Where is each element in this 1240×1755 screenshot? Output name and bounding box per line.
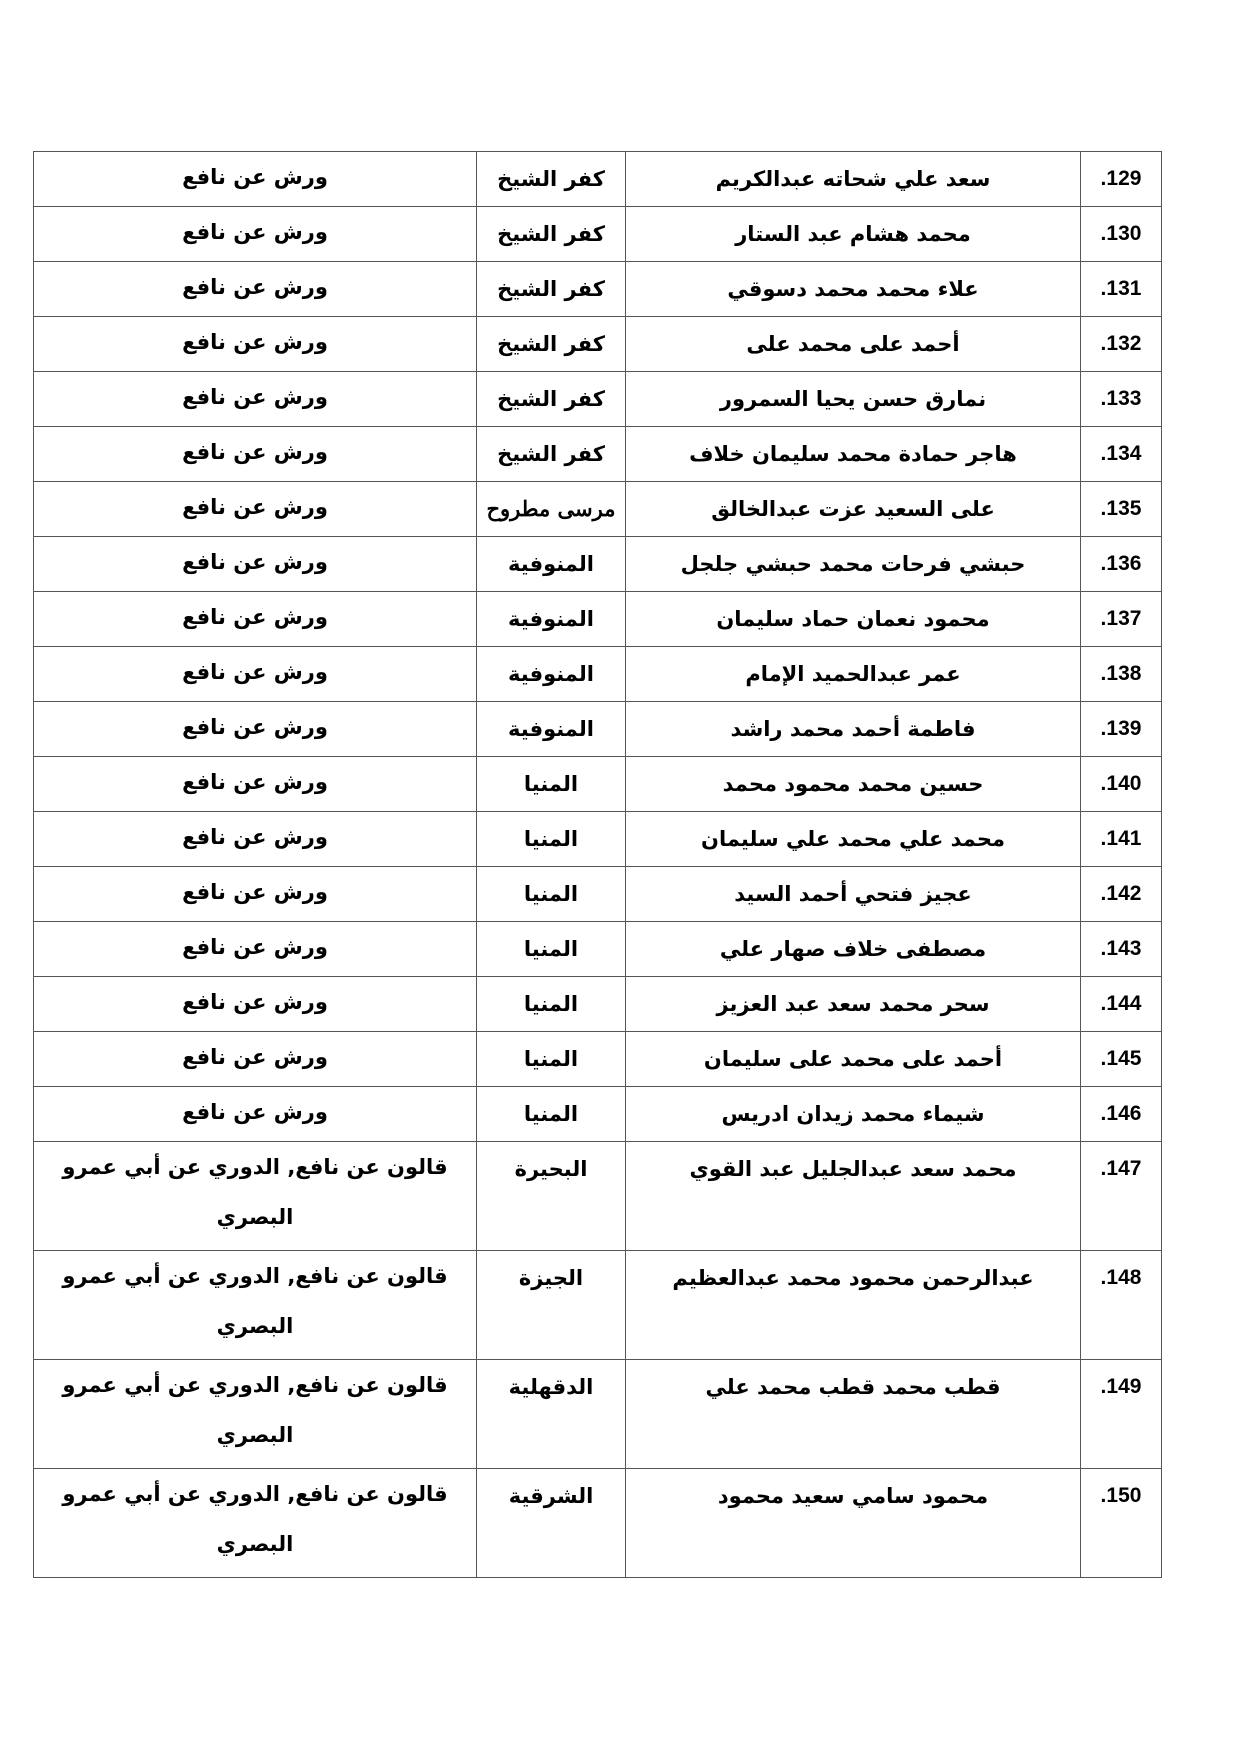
recitation-line: البصري (34, 1192, 476, 1242)
row-number-cell: 149. (1081, 1360, 1162, 1469)
recitation-line: ورش عن نافع (34, 482, 476, 532)
name-cell: شيماء محمد زيدان ادريس (626, 1087, 1081, 1142)
table-row: قالون عن نافع, الدوري عن أبي عمروالبصريا… (34, 1360, 1162, 1469)
recitation-cell: ورش عن نافع (34, 1087, 477, 1142)
governorate-cell: كفر الشيخ (477, 317, 626, 372)
table-row: ورش عن نافعكفر الشيخأحمد على محمد على132… (34, 317, 1162, 372)
row-number-cell: 130. (1081, 207, 1162, 262)
name-cell: محمد سعد عبدالجليل عبد القوي (626, 1142, 1081, 1251)
governorate-cell: المنيا (477, 977, 626, 1032)
name-cell: نمارق حسن يحيا السمرور (626, 372, 1081, 427)
governorate-cell: الشرقية (477, 1469, 626, 1578)
recitation-line: البصري (34, 1519, 476, 1569)
table-row: ورش عن نافعكفر الشيخسعد علي شحاته عبدالك… (34, 152, 1162, 207)
recitation-line: ورش عن نافع (34, 1032, 476, 1082)
recitation-line: ورش عن نافع (34, 427, 476, 477)
table-row: ورش عن نافعالمنياعجيز فتحي أحمد السيد142… (34, 867, 1162, 922)
participants-table: ورش عن نافعكفر الشيخسعد علي شحاته عبدالك… (33, 151, 1162, 1578)
recitation-cell: قالون عن نافع, الدوري عن أبي عمروالبصري (34, 1360, 477, 1469)
recitation-line: ورش عن نافع (34, 592, 476, 642)
row-number-cell: 139. (1081, 702, 1162, 757)
participants-table-body: ورش عن نافعكفر الشيخسعد علي شحاته عبدالك… (34, 152, 1162, 1578)
row-number-cell: 140. (1081, 757, 1162, 812)
governorate-cell: كفر الشيخ (477, 207, 626, 262)
name-cell: محمود نعمان حماد سليمان (626, 592, 1081, 647)
governorate-cell: مرسى مطروح (477, 482, 626, 537)
table-row: ورش عن نافعالمنياحسين محمد محمود محمد140… (34, 757, 1162, 812)
governorate-cell: المنوفية (477, 592, 626, 647)
name-cell: محمود سامي سعيد محمود (626, 1469, 1081, 1578)
table-row: ورش عن نافعكفر الشيخنمارق حسن يحيا السمر… (34, 372, 1162, 427)
recitation-line: ورش عن نافع (34, 977, 476, 1027)
recitation-cell: ورش عن نافع (34, 317, 477, 372)
governorate-cell: كفر الشيخ (477, 372, 626, 427)
governorate-cell: المنيا (477, 812, 626, 867)
recitation-cell: ورش عن نافع (34, 537, 477, 592)
governorate-cell: المنيا (477, 922, 626, 977)
recitation-line: ورش عن نافع (34, 317, 476, 367)
table-row: قالون عن نافع, الدوري عن أبي عمروالبصريا… (34, 1142, 1162, 1251)
recitation-cell: ورش عن نافع (34, 262, 477, 317)
row-number-cell: 143. (1081, 922, 1162, 977)
name-cell: هاجر حمادة محمد سليمان خلاف (626, 427, 1081, 482)
recitation-cell: ورش عن نافع (34, 592, 477, 647)
recitation-line: ورش عن نافع (34, 262, 476, 312)
row-number-cell: 142. (1081, 867, 1162, 922)
recitation-cell: ورش عن نافع (34, 207, 477, 262)
recitation-cell: ورش عن نافع (34, 977, 477, 1032)
recitation-cell: قالون عن نافع, الدوري عن أبي عمروالبصري (34, 1469, 477, 1578)
table-row: ورش عن نافعكفر الشيخعلاء محمد محمد دسوقي… (34, 262, 1162, 317)
row-number-cell: 147. (1081, 1142, 1162, 1251)
row-number-cell: 132. (1081, 317, 1162, 372)
recitation-line: ورش عن نافع (34, 757, 476, 807)
governorate-cell: المنيا (477, 1032, 626, 1087)
recitation-line: ورش عن نافع (34, 647, 476, 697)
recitation-cell: ورش عن نافع (34, 372, 477, 427)
table-row: ورش عن نافعالمنوفيةحبشي فرحات محمد حبشي … (34, 537, 1162, 592)
governorate-cell: المنيا (477, 867, 626, 922)
governorate-cell: المنيا (477, 1087, 626, 1142)
row-number-cell: 131. (1081, 262, 1162, 317)
name-cell: سعد علي شحاته عبدالكريم (626, 152, 1081, 207)
table-row: ورش عن نافعالمنيامحمد علي محمد علي سليما… (34, 812, 1162, 867)
row-number-cell: 135. (1081, 482, 1162, 537)
recitation-cell: ورش عن نافع (34, 152, 477, 207)
recitation-cell: ورش عن نافع (34, 812, 477, 867)
governorate-cell: البحيرة (477, 1142, 626, 1251)
name-cell: سحر محمد سعد عبد العزيز (626, 977, 1081, 1032)
recitation-cell: ورش عن نافع (34, 922, 477, 977)
recitation-line: ورش عن نافع (34, 922, 476, 972)
name-cell: حبشي فرحات محمد حبشي جلجل (626, 537, 1081, 592)
recitation-line: ورش عن نافع (34, 702, 476, 752)
row-number-cell: 148. (1081, 1251, 1162, 1360)
row-number-cell: 138. (1081, 647, 1162, 702)
row-number-cell: 137. (1081, 592, 1162, 647)
recitation-line: البصري (34, 1410, 476, 1460)
table-row: ورش عن نافعالمنوفيةمحمود نعمان حماد سليم… (34, 592, 1162, 647)
governorate-cell: المنوفية (477, 537, 626, 592)
governorate-cell: المنوفية (477, 647, 626, 702)
name-cell: علاء محمد محمد دسوقي (626, 262, 1081, 317)
recitation-line: قالون عن نافع, الدوري عن أبي عمرو (34, 1360, 476, 1410)
governorate-cell: كفر الشيخ (477, 262, 626, 317)
table-row: ورش عن نافعمرسى مطروحعلى السعيد عزت عبدا… (34, 482, 1162, 537)
recitation-cell: ورش عن نافع (34, 647, 477, 702)
recitation-line: ورش عن نافع (34, 812, 476, 862)
recitation-cell: ورش عن نافع (34, 427, 477, 482)
row-number-cell: 141. (1081, 812, 1162, 867)
governorate-cell: كفر الشيخ (477, 152, 626, 207)
governorate-cell: كفر الشيخ (477, 427, 626, 482)
name-cell: عمر عبدالحميد الإمام (626, 647, 1081, 702)
row-number-cell: 136. (1081, 537, 1162, 592)
table-row: ورش عن نافعالمنياسحر محمد سعد عبد العزيز… (34, 977, 1162, 1032)
table-row: ورش عن نافعالمنياشيماء محمد زيدان ادريس1… (34, 1087, 1162, 1142)
table-row: ورش عن نافعالمنيامصطفى خلاف صهار علي143. (34, 922, 1162, 977)
name-cell: أحمد على محمد على سليمان (626, 1032, 1081, 1087)
recitation-cell: ورش عن نافع (34, 1032, 477, 1087)
row-number-cell: 144. (1081, 977, 1162, 1032)
recitation-line: قالون عن نافع, الدوري عن أبي عمرو (34, 1142, 476, 1192)
row-number-cell: 145. (1081, 1032, 1162, 1087)
table-row: ورش عن نافعالمنوفيةفاطمة أحمد محمد راشد1… (34, 702, 1162, 757)
row-number-cell: 146. (1081, 1087, 1162, 1142)
recitation-cell: قالون عن نافع, الدوري عن أبي عمروالبصري (34, 1142, 477, 1251)
governorate-cell: المنوفية (477, 702, 626, 757)
row-number-cell: 129. (1081, 152, 1162, 207)
recitation-line: قالون عن نافع, الدوري عن أبي عمرو (34, 1251, 476, 1301)
recitation-line: ورش عن نافع (34, 1087, 476, 1137)
name-cell: فاطمة أحمد محمد راشد (626, 702, 1081, 757)
recitation-line: ورش عن نافع (34, 372, 476, 422)
name-cell: محمد علي محمد علي سليمان (626, 812, 1081, 867)
table-row: قالون عن نافع, الدوري عن أبي عمروالبصريا… (34, 1469, 1162, 1578)
recitation-cell: ورش عن نافع (34, 702, 477, 757)
recitation-line: ورش عن نافع (34, 207, 476, 257)
recitation-cell: ورش عن نافع (34, 482, 477, 537)
name-cell: أحمد على محمد على (626, 317, 1081, 372)
governorate-cell: الجيزة (477, 1251, 626, 1360)
governorate-cell: الدقهلية (477, 1360, 626, 1469)
name-cell: مصطفى خلاف صهار علي (626, 922, 1081, 977)
row-number-cell: 134. (1081, 427, 1162, 482)
name-cell: عجيز فتحي أحمد السيد (626, 867, 1081, 922)
recitation-line: ورش عن نافع (34, 867, 476, 917)
recitation-line: ورش عن نافع (34, 152, 476, 202)
table-row: قالون عن نافع, الدوري عن أبي عمروالبصريا… (34, 1251, 1162, 1360)
row-number-cell: 150. (1081, 1469, 1162, 1578)
recitation-line: ورش عن نافع (34, 537, 476, 587)
document-page: ورش عن نافعكفر الشيخسعد علي شحاته عبدالك… (0, 0, 1240, 1755)
table-row: ورش عن نافعالمنوفيةعمر عبدالحميد الإمام1… (34, 647, 1162, 702)
name-cell: حسين محمد محمود محمد (626, 757, 1081, 812)
recitation-cell: ورش عن نافع (34, 867, 477, 922)
recitation-line: قالون عن نافع, الدوري عن أبي عمرو (34, 1469, 476, 1519)
table-row: ورش عن نافعكفر الشيخمحمد هشام عبد الستار… (34, 207, 1162, 262)
recitation-line: البصري (34, 1301, 476, 1351)
name-cell: محمد هشام عبد الستار (626, 207, 1081, 262)
name-cell: عبدالرحمن محمود محمد عبدالعظيم (626, 1251, 1081, 1360)
row-number-cell: 133. (1081, 372, 1162, 427)
governorate-cell: المنيا (477, 757, 626, 812)
name-cell: على السعيد عزت عبدالخالق (626, 482, 1081, 537)
name-cell: قطب محمد قطب محمد علي (626, 1360, 1081, 1469)
table-row: ورش عن نافعكفر الشيخهاجر حمادة محمد سليم… (34, 427, 1162, 482)
table-row: ورش عن نافعالمنياأحمد على محمد على سليما… (34, 1032, 1162, 1087)
recitation-cell: ورش عن نافع (34, 757, 477, 812)
recitation-cell: قالون عن نافع, الدوري عن أبي عمروالبصري (34, 1251, 477, 1360)
